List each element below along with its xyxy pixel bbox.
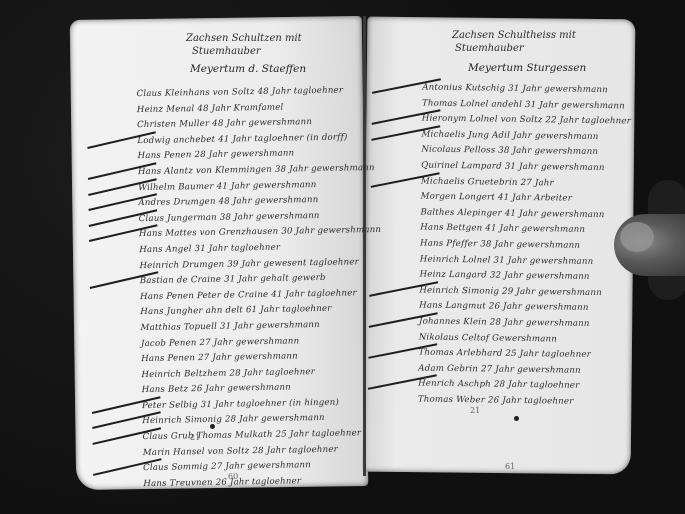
- register-entry-text: Matthias Topuell 31 Jahr gewershmann: [141, 320, 320, 333]
- register-entry-text: Claus Jungerman 38 Jahr gewershmann: [139, 211, 320, 224]
- register-entry-text: Hans Penen 27 Jahr gewershmann: [141, 351, 298, 364]
- left-entries-list: Claus Kleinhans von Soltz 48 Jahr tagloe…: [136, 85, 385, 495]
- register-entry-text: Morgen Longert 41 Jahr Arbeiter: [421, 192, 572, 204]
- register-entry-text: Marin Hansel von Soltz 28 Jahr tagloehne…: [143, 444, 338, 457]
- register-entry: Thomas Weber 26 Jahr tagloehner: [418, 394, 627, 413]
- right-folio-mark: 21: [470, 406, 480, 415]
- register-entry-text: Michaelis Gruetebrin 27 Jahr: [421, 176, 554, 188]
- register-entry-text: Thomas Lolnel andehl 31 Jahr gewershmann: [422, 98, 625, 111]
- left-header-line1: Zachsen Schultzen mit: [186, 33, 302, 44]
- register-entry-text: Peter Selbig 31 Jahr tagloehner (in hing…: [142, 398, 339, 411]
- right-header-line1: Zachsen Schultheiss mit: [452, 30, 576, 41]
- register-entry-text: Wilhelm Baumer 41 Jahr gewershmann: [138, 180, 316, 193]
- register-entry-text: Christen Muller 48 Jahr gewershmann: [137, 117, 312, 130]
- register-entry-text: Hans Bettgen 41 Jahr gewershmann: [420, 223, 585, 235]
- register-entry-text: Thomas Arlebhard 25 Jahr tagloehner: [418, 348, 591, 360]
- register-entry-text: Heinrich Beltzhem 28 Jahr tagloehner: [141, 367, 315, 380]
- register-entry-text: Heinrich Lolnel 31 Jahr gewershmann: [420, 254, 594, 266]
- right-page-number: 61: [505, 462, 515, 471]
- ink-dot: [210, 424, 215, 429]
- right-header-line2: Stuemhauber: [455, 43, 524, 54]
- register-entry-text: Nikolaus Celtof Gewershmann: [419, 332, 557, 344]
- register-entry-text: Nicolaus Pelloss 38 Jahr gewershmann: [421, 145, 598, 157]
- left-folio-mark: 21: [190, 433, 200, 442]
- thumbnail: [620, 222, 654, 252]
- register-entry-text: Michaelis Jung Adil Jahr gewershmann: [422, 129, 599, 141]
- register-entry-text: Balthes Alepinger 41 Jahr gewershmann: [420, 207, 604, 220]
- register-entry-text: Heinz Langard 32 Jahr gewershmann: [420, 270, 590, 282]
- register-entry-text: Hans Angel 31 Jahr tagloehner: [139, 243, 280, 255]
- register-entry-text: Andres Drumgen 48 Jahr gewershmann: [138, 195, 318, 208]
- register-entry-text: Heinz Menal 48 Jahr Kramfamel: [137, 102, 284, 115]
- register-entry-text: Hieronym Lolnel von Soltz 22 Jahr tagloe…: [422, 114, 631, 127]
- register-entry-text: Johannes Klein 28 Jahr gewershmann: [419, 316, 590, 328]
- register-entry-text: Bastian de Craine 31 Jahr gehalt gewerb: [140, 273, 326, 286]
- left-header-line2: Stuemhauber: [192, 46, 261, 57]
- left-section-title: Meyertum d. Staeffen: [190, 63, 306, 75]
- register-entry-text: Heinrich Simonig 28 Jahr gewershmann: [142, 413, 325, 426]
- register-entry-text: Hans Pfeffer 38 Jahr gewershmann: [420, 238, 580, 250]
- left-page-number: 60: [228, 472, 238, 481]
- register-entry-text: Hans Jungher ahn delt 61 Jahr tagloehner: [140, 304, 331, 317]
- register-entry-text: Quirinel Lampard 31 Jahr gewershmann: [421, 161, 605, 174]
- right-entries-list: Antonius Kutschig 31 Jahr gewershmannTho…: [418, 83, 632, 413]
- register-entry-text: Adam Gebrin 27 Jahr gewershmann: [418, 363, 581, 375]
- register-entry-text: Hans Langmut 26 Jahr gewershmann: [419, 301, 589, 313]
- register-entry-text: Thomas Weber 26 Jahr tagloehner: [418, 394, 574, 406]
- right-section-title: Meyertum Sturgessen: [468, 62, 586, 74]
- register-entry-text: Hans Penen 28 Jahr gewershmann: [138, 149, 295, 162]
- register-entry-text: Jacob Penen 27 Jahr gewershmann: [141, 336, 300, 349]
- register-entry-text: Hans Treuvnen 26 Jahr tagloehner: [143, 476, 301, 489]
- register-entry-text: Antonius Kutschig 31 Jahr gewershmann: [422, 83, 608, 96]
- register-entry-text: Heinrich Simonig 29 Jahr gewershmann: [419, 285, 602, 298]
- register-entry-text: Hans Betz 26 Jahr gewershmann: [142, 383, 291, 396]
- ink-dot: [514, 416, 519, 421]
- register-entry-text: Henrich Aschph 28 Jahr tagloehner: [418, 379, 579, 391]
